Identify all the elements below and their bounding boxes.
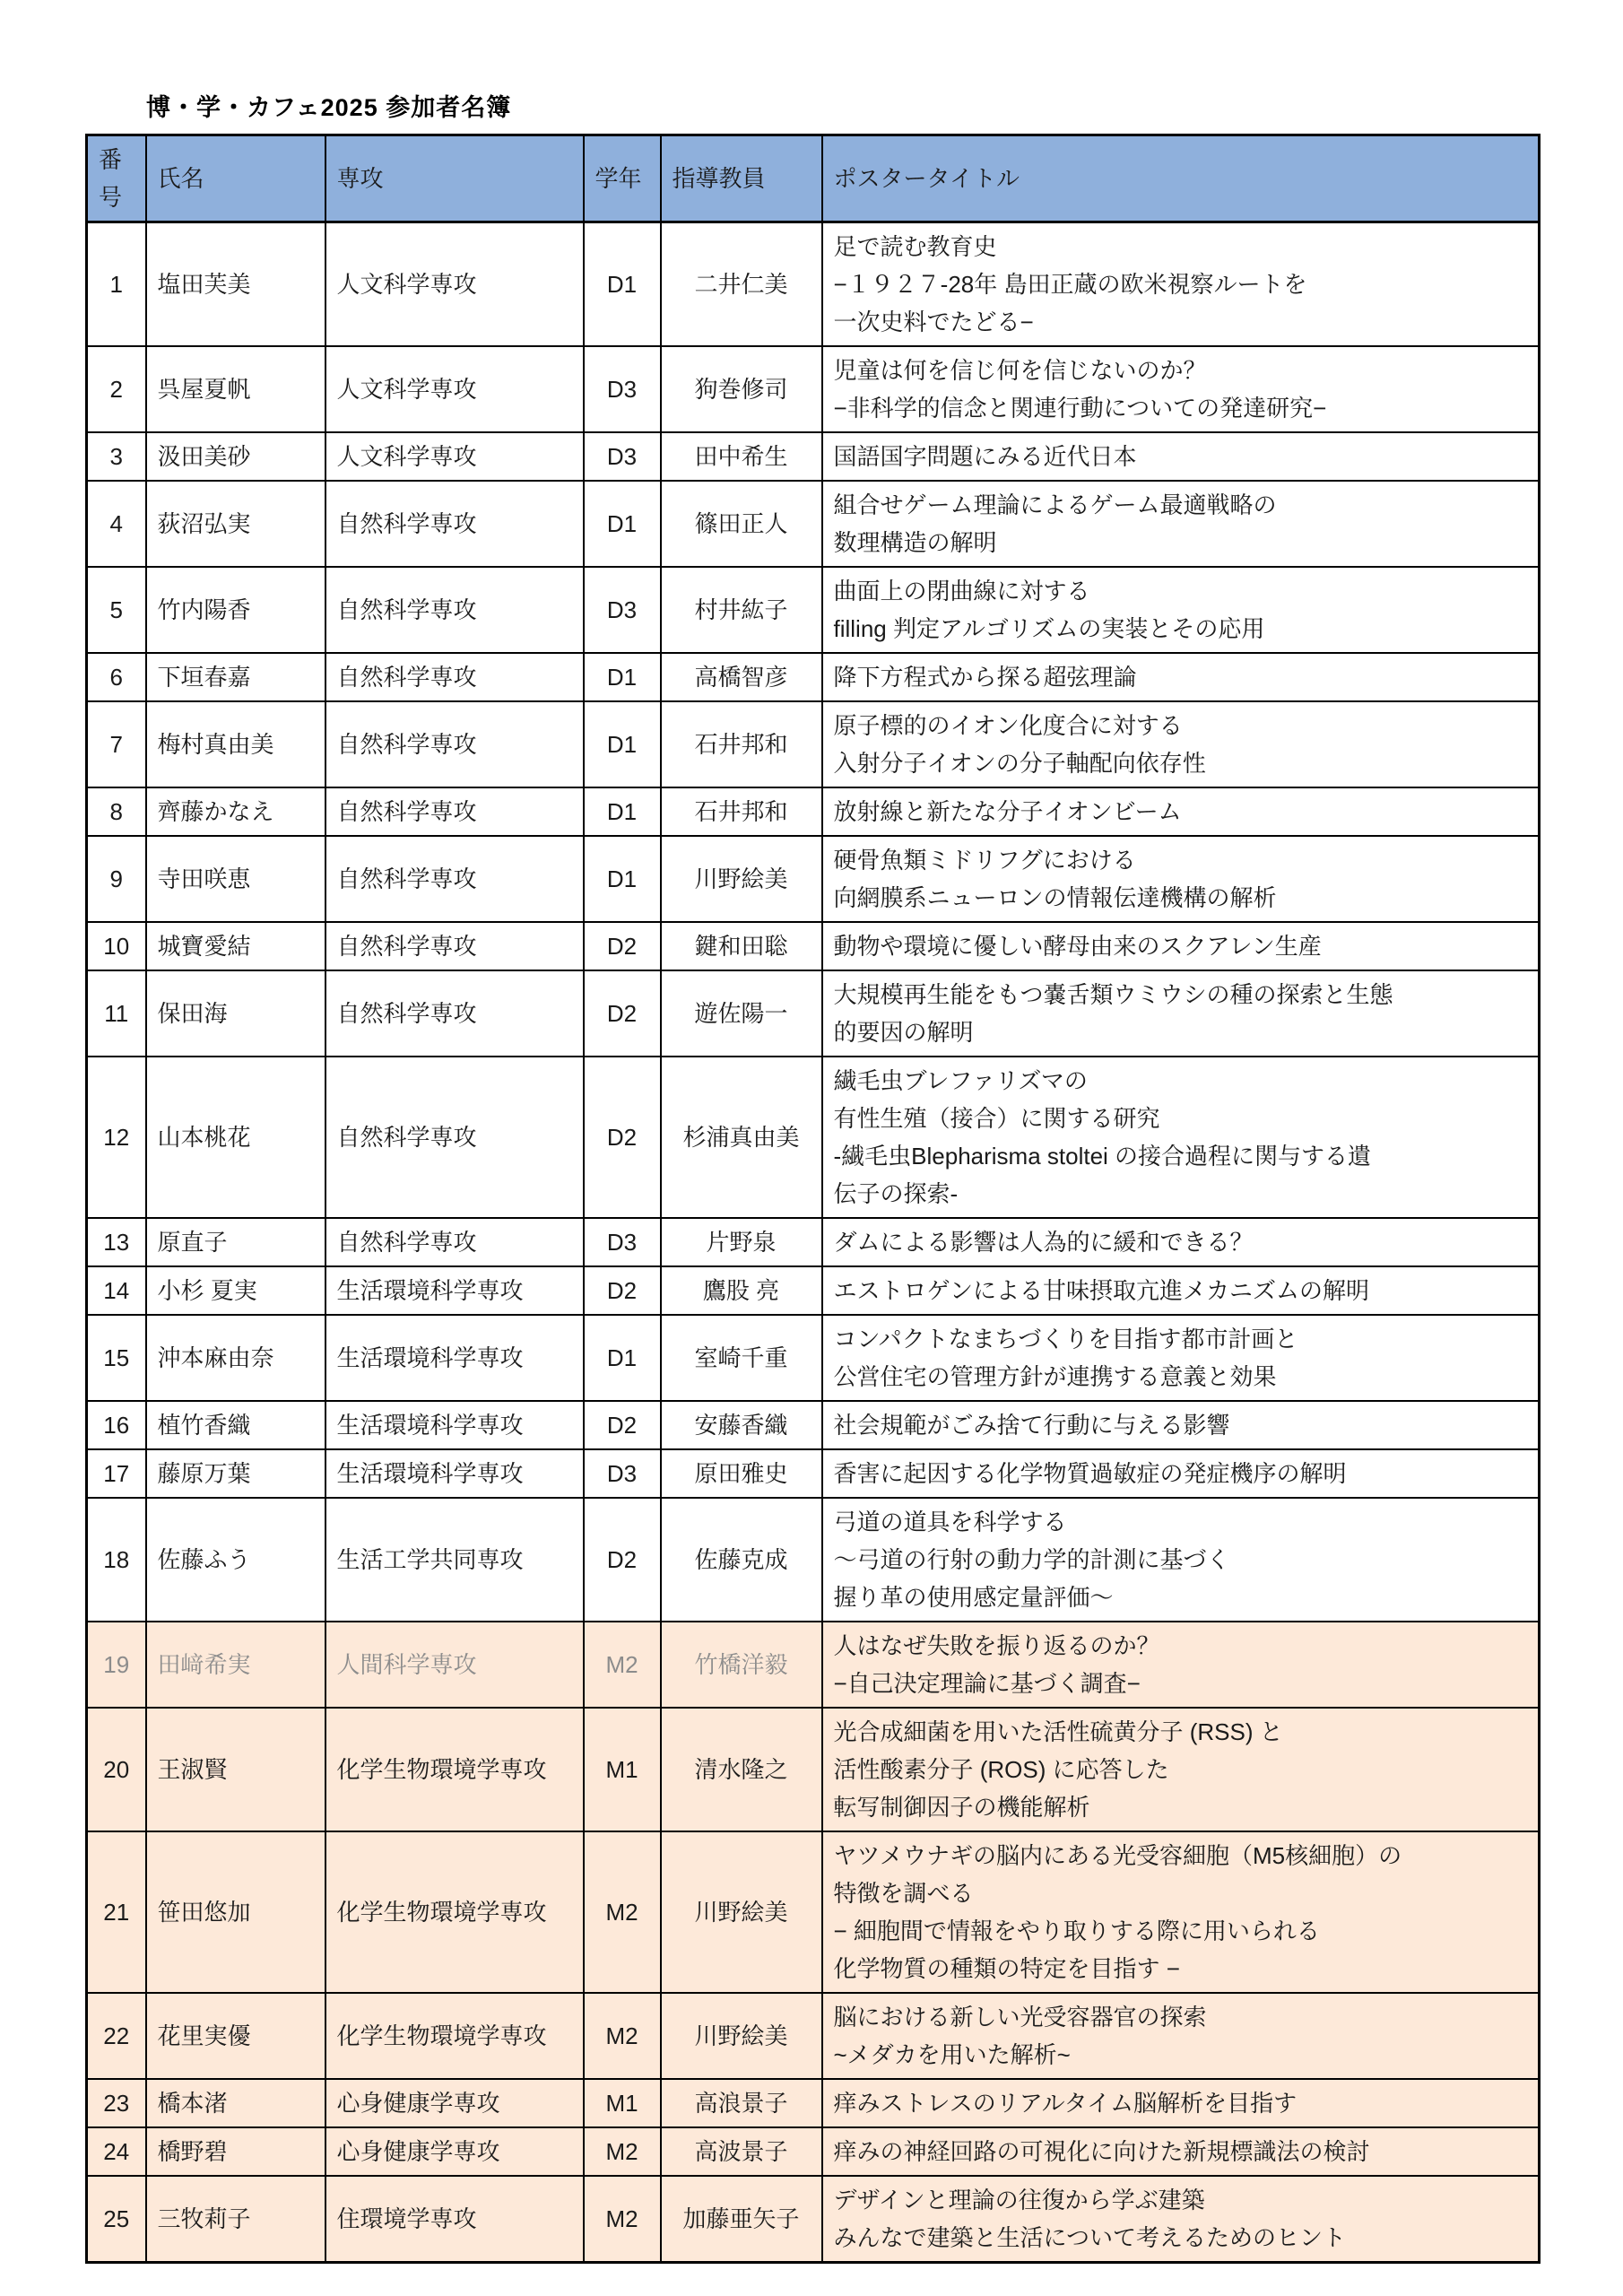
cell-advisor: 石井邦和 (661, 787, 822, 836)
cell-no: 2 (87, 346, 146, 432)
cell-grade: D3 (584, 1449, 661, 1498)
cell-advisor: 杉浦真由美 (661, 1057, 822, 1218)
cell-no: 8 (87, 787, 146, 836)
cell-name: 橋野碧 (146, 2127, 325, 2176)
table-row: 3汲田美砂人文科学専攻D3田中希生国語国字問題にみる近代日本 (87, 432, 1540, 481)
cell-poster: 光合成細菌を用いた活性硫黄分子 (RSS) と 活性酸素分子 (ROS) に応答… (822, 1708, 1540, 1831)
column-header-no: 番号 (87, 135, 146, 222)
table-row: 9寺田咲恵自然科学専攻D1川野絵美硬骨魚類ミドリフグにおける 向網膜系ニューロン… (87, 836, 1540, 922)
cell-advisor: 原田雅史 (661, 1449, 822, 1498)
cell-major: 生活工学共同専攻 (325, 1498, 584, 1622)
cell-name: 梅村真由美 (146, 701, 325, 787)
cell-poster: 脳における新しい光受容器官の探索 ~メダカを用いた解析~ (822, 1993, 1540, 2079)
cell-no: 18 (87, 1498, 146, 1622)
page-title: 博・学・カフェ2025 参加者名簿 (146, 88, 1538, 123)
cell-no: 24 (87, 2127, 146, 2176)
cell-poster: 硬骨魚類ミドリフグにおける 向網膜系ニューロンの情報伝達機構の解析 (822, 836, 1540, 922)
column-header-grade: 学年 (584, 135, 661, 222)
cell-poster: 児童は何を信じ何を信じないのか？ −非科学的信念と関連行動についての発達研究− (822, 346, 1540, 432)
cell-grade: D1 (584, 222, 661, 347)
cell-poster: 組合せゲーム理論によるゲーム最適戦略の 数理構造の解明 (822, 481, 1540, 567)
cell-grade: M2 (584, 1993, 661, 2079)
table-row: 1塩田芙美人文科学専攻D1二井仁美足で読む教育史 −１９２７-28年 島田正蔵の… (87, 222, 1540, 347)
cell-poster: 痒みストレスのリアルタイム脳解析を目指す (822, 2079, 1540, 2127)
cell-no: 13 (87, 1218, 146, 1266)
cell-poster: エストロゲンによる甘味摂取亢進メカニズムの解明 (822, 1266, 1540, 1315)
cell-advisor: 高浪景子 (661, 2079, 822, 2127)
cell-advisor: 二井仁美 (661, 222, 822, 347)
cell-advisor: 遊佐陽一 (661, 970, 822, 1057)
cell-major: 自然科学専攻 (325, 1057, 584, 1218)
cell-no: 16 (87, 1401, 146, 1449)
cell-name: 沖本麻由奈 (146, 1315, 325, 1401)
cell-no: 10 (87, 922, 146, 970)
cell-major: 心身健康学専攻 (325, 2079, 584, 2127)
cell-no: 12 (87, 1057, 146, 1218)
cell-advisor: 村井紘子 (661, 567, 822, 653)
cell-advisor: 川野絵美 (661, 1831, 822, 1993)
cell-poster: 曲面上の閉曲線に対する filling 判定アルゴリズムの実装とその応用 (822, 567, 1540, 653)
cell-major: 化学生物環境学専攻 (325, 1993, 584, 2079)
cell-major: 自然科学専攻 (325, 653, 584, 701)
cell-grade: D3 (584, 432, 661, 481)
cell-name: 笹田悠加 (146, 1831, 325, 1993)
cell-name: 田﨑希実 (146, 1622, 325, 1708)
cell-no: 25 (87, 2176, 146, 2263)
cell-grade: D1 (584, 653, 661, 701)
cell-grade: M1 (584, 2079, 661, 2127)
cell-grade: M1 (584, 1708, 661, 1831)
cell-poster: 弓道の道具を科学する ～弓道の行射の動力学的計測に基づく 握り革の使用感定量評価… (822, 1498, 1540, 1622)
cell-advisor: 石井邦和 (661, 701, 822, 787)
cell-grade: M2 (584, 1622, 661, 1708)
cell-name: 城寶愛結 (146, 922, 325, 970)
table-row: 18佐藤ふう生活工学共同専攻D2佐藤克成弓道の道具を科学する ～弓道の行射の動力… (87, 1498, 1540, 1622)
cell-grade: D1 (584, 836, 661, 922)
table-row: 22花里実優化学生物環境学専攻M2川野絵美脳における新しい光受容器官の探索 ~メ… (87, 1993, 1540, 2079)
table-row: 4荻沼弘実自然科学専攻D1篠田正人組合せゲーム理論によるゲーム最適戦略の 数理構… (87, 481, 1540, 567)
cell-name: 三牧莉子 (146, 2176, 325, 2263)
cell-grade: D2 (584, 1057, 661, 1218)
cell-poster: 原子標的のイオン化度合に対する 入射分子イオンの分子軸配向依存性 (822, 701, 1540, 787)
cell-grade: M2 (584, 1831, 661, 1993)
cell-advisor: 加藤亜矢子 (661, 2176, 822, 2263)
cell-major: 生活環境科学専攻 (325, 1449, 584, 1498)
cell-name: 保田海 (146, 970, 325, 1057)
cell-poster: 大規模再生能をもつ嚢舌類ウミウシの種の探索と生態 的要因の解明 (822, 970, 1540, 1057)
table-row: 2呉屋夏帆人文科学専攻D3狗巻修司児童は何を信じ何を信じないのか？ −非科学的信… (87, 346, 1540, 432)
cell-no: 20 (87, 1708, 146, 1831)
table-row: 24橋野碧心身健康学専攻M2高波景子痒みの神経回路の可視化に向けた新規標識法の検… (87, 2127, 1540, 2176)
cell-poster: 社会規範がごみ捨て行動に与える影響 (822, 1401, 1540, 1449)
cell-advisor: 篠田正人 (661, 481, 822, 567)
table-row: 14小杉 夏実生活環境科学専攻D2鷹股 亮エストロゲンによる甘味摂取亢進メカニズ… (87, 1266, 1540, 1315)
cell-poster: 繊毛虫ブレファリズマの 有性生殖（接合）に関する研究 -繊毛虫Blepharis… (822, 1057, 1540, 1218)
cell-major: 自然科学専攻 (325, 701, 584, 787)
cell-grade: D3 (584, 567, 661, 653)
cell-no: 14 (87, 1266, 146, 1315)
cell-name: 塩田芙美 (146, 222, 325, 347)
table-header: 番号氏名専攻学年指導教員ポスタータイトル (87, 135, 1540, 222)
cell-no: 5 (87, 567, 146, 653)
cell-major: 人文科学専攻 (325, 346, 584, 432)
cell-major: 化学生物環境学専攻 (325, 1831, 584, 1993)
column-header-poster: ポスタータイトル (822, 135, 1540, 222)
cell-advisor: 鍵和田聡 (661, 922, 822, 970)
cell-grade: D1 (584, 701, 661, 787)
cell-grade: D1 (584, 1315, 661, 1401)
cell-grade: D3 (584, 1218, 661, 1266)
cell-major: 自然科学専攻 (325, 787, 584, 836)
table-row: 12山本桃花自然科学専攻D2杉浦真由美繊毛虫ブレファリズマの 有性生殖（接合）に… (87, 1057, 1540, 1218)
cell-no: 3 (87, 432, 146, 481)
cell-advisor: 片野泉 (661, 1218, 822, 1266)
cell-name: 橋本渚 (146, 2079, 325, 2127)
cell-name: 藤原万葉 (146, 1449, 325, 1498)
cell-name: 下垣春嘉 (146, 653, 325, 701)
table-row: 25三牧莉子住環境学専攻M2加藤亜矢子デザインと理論の往復から学ぶ建築 みんなで… (87, 2176, 1540, 2263)
cell-grade: M2 (584, 2176, 661, 2263)
cell-grade: D2 (584, 1266, 661, 1315)
table-row: 6下垣春嘉自然科学専攻D1高橋智彦降下方程式から探る超弦理論 (87, 653, 1540, 701)
cell-advisor: 清水隆之 (661, 1708, 822, 1831)
cell-major: 人間科学専攻 (325, 1622, 584, 1708)
cell-major: 住環境学専攻 (325, 2176, 584, 2263)
cell-name: 原直子 (146, 1218, 325, 1266)
cell-no: 21 (87, 1831, 146, 1993)
cell-no: 11 (87, 970, 146, 1057)
cell-major: 自然科学専攻 (325, 1218, 584, 1266)
cell-name: 寺田咲恵 (146, 836, 325, 922)
table-row: 5竹内陽香自然科学専攻D3村井紘子曲面上の閉曲線に対する filling 判定ア… (87, 567, 1540, 653)
cell-grade: D2 (584, 1401, 661, 1449)
cell-no: 23 (87, 2079, 146, 2127)
table-row: 20王淑賢化学生物環境学専攻M1清水隆之光合成細菌を用いた活性硫黄分子 (RSS… (87, 1708, 1540, 1831)
cell-name: 竹内陽香 (146, 567, 325, 653)
table-row: 21笹田悠加化学生物環境学専攻M2川野絵美ヤツメウナギの脳内にある光受容細胞（M… (87, 1831, 1540, 1993)
document-page: 博・学・カフェ2025 参加者名簿 番号氏名専攻学年指導教員ポスタータイトル 1… (0, 0, 1623, 2296)
cell-major: 化学生物環境学専攻 (325, 1708, 584, 1831)
cell-grade: D1 (584, 481, 661, 567)
cell-poster: 国語国字問題にみる近代日本 (822, 432, 1540, 481)
cell-name: 荻沼弘実 (146, 481, 325, 567)
column-header-name: 氏名 (146, 135, 325, 222)
column-header-advisor: 指導教員 (661, 135, 822, 222)
cell-major: 自然科学専攻 (325, 836, 584, 922)
cell-advisor: 安藤香織 (661, 1401, 822, 1449)
cell-advisor: 狗巻修司 (661, 346, 822, 432)
header-row: 番号氏名専攻学年指導教員ポスタータイトル (87, 135, 1540, 222)
cell-name: 汲田美砂 (146, 432, 325, 481)
cell-grade: D3 (584, 346, 661, 432)
table-row: 7梅村真由美自然科学専攻D1石井邦和原子標的のイオン化度合に対する 入射分子イオ… (87, 701, 1540, 787)
cell-no: 19 (87, 1622, 146, 1708)
cell-grade: D2 (584, 922, 661, 970)
cell-major: 心身健康学専攻 (325, 2127, 584, 2176)
table-body: 1塩田芙美人文科学専攻D1二井仁美足で読む教育史 −１９２７-28年 島田正蔵の… (87, 222, 1540, 2263)
table-row: 17藤原万葉生活環境科学専攻D3原田雅史香害に起因する化学物質過敏症の発症機序の… (87, 1449, 1540, 1498)
cell-poster: ヤツメウナギの脳内にある光受容細胞（M5核細胞）の 特徴を調べる − 細胞間で情… (822, 1831, 1540, 1993)
cell-poster: コンパクトなまちづくりを目指す都市計画と 公営住宅の管理方針が連携する意義と効果 (822, 1315, 1540, 1401)
table-row: 11保田海自然科学専攻D2遊佐陽一大規模再生能をもつ嚢舌類ウミウシの種の探索と生… (87, 970, 1540, 1057)
cell-no: 6 (87, 653, 146, 701)
table-row: 16植竹香織生活環境科学専攻D2安藤香織社会規範がごみ捨て行動に与える影響 (87, 1401, 1540, 1449)
table-row: 19田﨑希実人間科学専攻M2竹橋洋毅人はなぜ失敗を振り返るのか？ −自己決定理論… (87, 1622, 1540, 1708)
cell-advisor: 高波景子 (661, 2127, 822, 2176)
cell-poster: 足で読む教育史 −１９２７-28年 島田正蔵の欧米視察ルートを 一次史料でたどる… (822, 222, 1540, 347)
cell-poster: デザインと理論の往復から学ぶ建築 みんなで建築と生活について考えるためのヒント (822, 2176, 1540, 2263)
cell-major: 人文科学専攻 (325, 432, 584, 481)
cell-no: 15 (87, 1315, 146, 1401)
cell-no: 22 (87, 1993, 146, 2079)
cell-no: 17 (87, 1449, 146, 1498)
cell-poster: 動物や環境に優しい酵母由来のスクアレン生産 (822, 922, 1540, 970)
cell-major: 生活環境科学専攻 (325, 1401, 584, 1449)
cell-name: 植竹香織 (146, 1401, 325, 1449)
cell-major: 自然科学専攻 (325, 922, 584, 970)
cell-grade: D2 (584, 1498, 661, 1622)
cell-poster: 放射線と新たな分子イオンビーム (822, 787, 1540, 836)
cell-advisor: 田中希生 (661, 432, 822, 481)
cell-no: 4 (87, 481, 146, 567)
table-row: 10城寶愛結自然科学専攻D2鍵和田聡動物や環境に優しい酵母由来のスクアレン生産 (87, 922, 1540, 970)
cell-poster: 人はなぜ失敗を振り返るのか？ −自己決定理論に基づく調査− (822, 1622, 1540, 1708)
cell-poster: 香害に起因する化学物質過敏症の発症機序の解明 (822, 1449, 1540, 1498)
cell-grade: D2 (584, 970, 661, 1057)
cell-poster: 降下方程式から探る超弦理論 (822, 653, 1540, 701)
cell-poster: ダムによる影響は人為的に緩和できる？ (822, 1218, 1540, 1266)
cell-name: 佐藤ふう (146, 1498, 325, 1622)
cell-major: 生活環境科学専攻 (325, 1266, 584, 1315)
cell-poster: 痒みの神経回路の可視化に向けた新規標識法の検討 (822, 2127, 1540, 2176)
cell-advisor: 川野絵美 (661, 836, 822, 922)
table-row: 8齊藤かなえ自然科学専攻D1石井邦和放射線と新たな分子イオンビーム (87, 787, 1540, 836)
cell-advisor: 竹橋洋毅 (661, 1622, 822, 1708)
cell-advisor: 川野絵美 (661, 1993, 822, 2079)
cell-advisor: 鷹股 亮 (661, 1266, 822, 1315)
column-header-major: 専攻 (325, 135, 584, 222)
table-row: 15沖本麻由奈生活環境科学専攻D1室崎千重コンパクトなまちづくりを目指す都市計画… (87, 1315, 1540, 1401)
cell-grade: D1 (584, 787, 661, 836)
cell-no: 9 (87, 836, 146, 922)
cell-advisor: 室崎千重 (661, 1315, 822, 1401)
table-row: 23橋本渚心身健康学専攻M1高浪景子痒みストレスのリアルタイム脳解析を目指す (87, 2079, 1540, 2127)
participants-table: 番号氏名専攻学年指導教員ポスタータイトル 1塩田芙美人文科学専攻D1二井仁美足で… (85, 134, 1541, 2264)
cell-no: 7 (87, 701, 146, 787)
cell-name: 齊藤かなえ (146, 787, 325, 836)
cell-advisor: 佐藤克成 (661, 1498, 822, 1622)
cell-name: 呉屋夏帆 (146, 346, 325, 432)
cell-name: 山本桃花 (146, 1057, 325, 1218)
cell-name: 王淑賢 (146, 1708, 325, 1831)
cell-advisor: 高橋智彦 (661, 653, 822, 701)
cell-name: 花里実優 (146, 1993, 325, 2079)
cell-major: 自然科学専攻 (325, 567, 584, 653)
cell-grade: M2 (584, 2127, 661, 2176)
cell-name: 小杉 夏実 (146, 1266, 325, 1315)
cell-major: 生活環境科学専攻 (325, 1315, 584, 1401)
table-row: 13原直子自然科学専攻D3片野泉ダムによる影響は人為的に緩和できる？ (87, 1218, 1540, 1266)
cell-major: 自然科学専攻 (325, 970, 584, 1057)
cell-major: 自然科学専攻 (325, 481, 584, 567)
cell-major: 人文科学専攻 (325, 222, 584, 347)
cell-no: 1 (87, 222, 146, 347)
